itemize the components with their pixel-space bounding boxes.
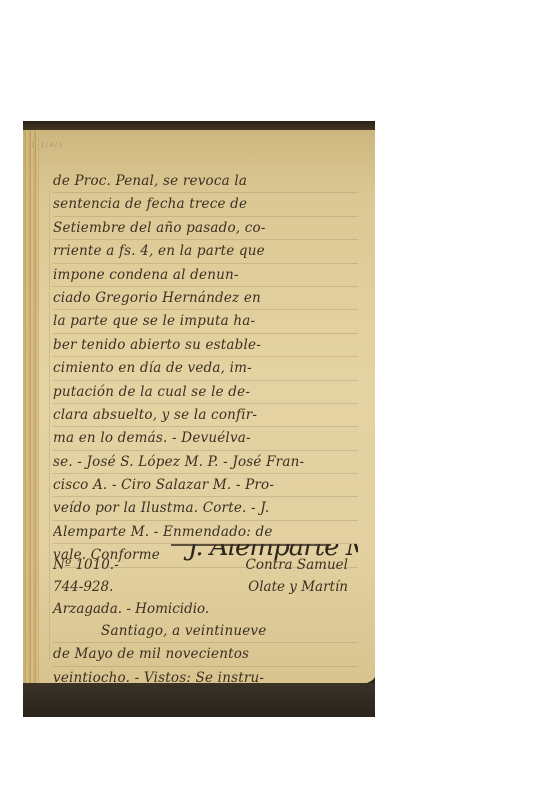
text-line: ciado Gregorio Hernández en	[53, 287, 358, 310]
parties-line-2: Olate y Martín	[248, 576, 348, 598]
text-line: cimiento en día de veda, im-	[53, 357, 358, 380]
text-line: ma en lo demás. - Devuélva-	[53, 427, 358, 450]
file-reference: 744-928.	[53, 579, 113, 595]
text-line: Santiago, a veintinueve	[53, 620, 358, 643]
binding-shadow	[23, 683, 375, 717]
text-line: clara absuelto, y se la confir-	[53, 404, 358, 427]
entry-subject: Arzagada. - Homicidio.	[53, 601, 209, 617]
text-line: sentencia de fecha trece de	[53, 193, 358, 216]
text-line: putación de la cual se le de-	[53, 381, 358, 404]
entry-1-body: de Proc. Penal, se revoca la sentencia d…	[53, 170, 358, 568]
text-line: veído por la Ilustma. Corte. - J.	[53, 497, 358, 520]
ledger-photo: 1·1/4/1 de Proc. Penal, se revoca la sen…	[23, 121, 375, 717]
text-line: cisco A. - Ciro Salazar M. - Pro-	[53, 474, 358, 497]
text-line: Alemparte M. - Enmendado: de	[53, 521, 358, 544]
text-line: la parte que se le imputa ha-	[53, 310, 358, 333]
text-line: de Mayo de mil novecientos	[53, 643, 358, 666]
parties-line-1: Contra Samuel	[246, 554, 348, 576]
ledger-page: 1·1/4/1 de Proc. Penal, se revoca la sen…	[23, 130, 375, 690]
text-line: se. - José S. López M. P. - José Fran-	[53, 451, 358, 474]
archive-corner-label: 1·1/4/1	[31, 142, 63, 149]
signature-underline	[171, 544, 331, 546]
entry-2-header: Nº 1010.- Contra Samuel 744-928. Olate y…	[53, 554, 358, 620]
page-stack-edge	[23, 130, 39, 690]
margin-rule	[49, 190, 50, 660]
entry-number: Nº 1010.-	[53, 557, 119, 573]
text-line: rriente a fs. 4, en la parte que	[53, 240, 358, 263]
text-line: Setiembre del año pasado, co-	[53, 217, 358, 240]
text-line: ber tenido abierto su estable-	[53, 334, 358, 357]
text-line: de Proc. Penal, se revoca la	[53, 170, 358, 193]
text-line: impone condena al denun-	[53, 264, 358, 287]
